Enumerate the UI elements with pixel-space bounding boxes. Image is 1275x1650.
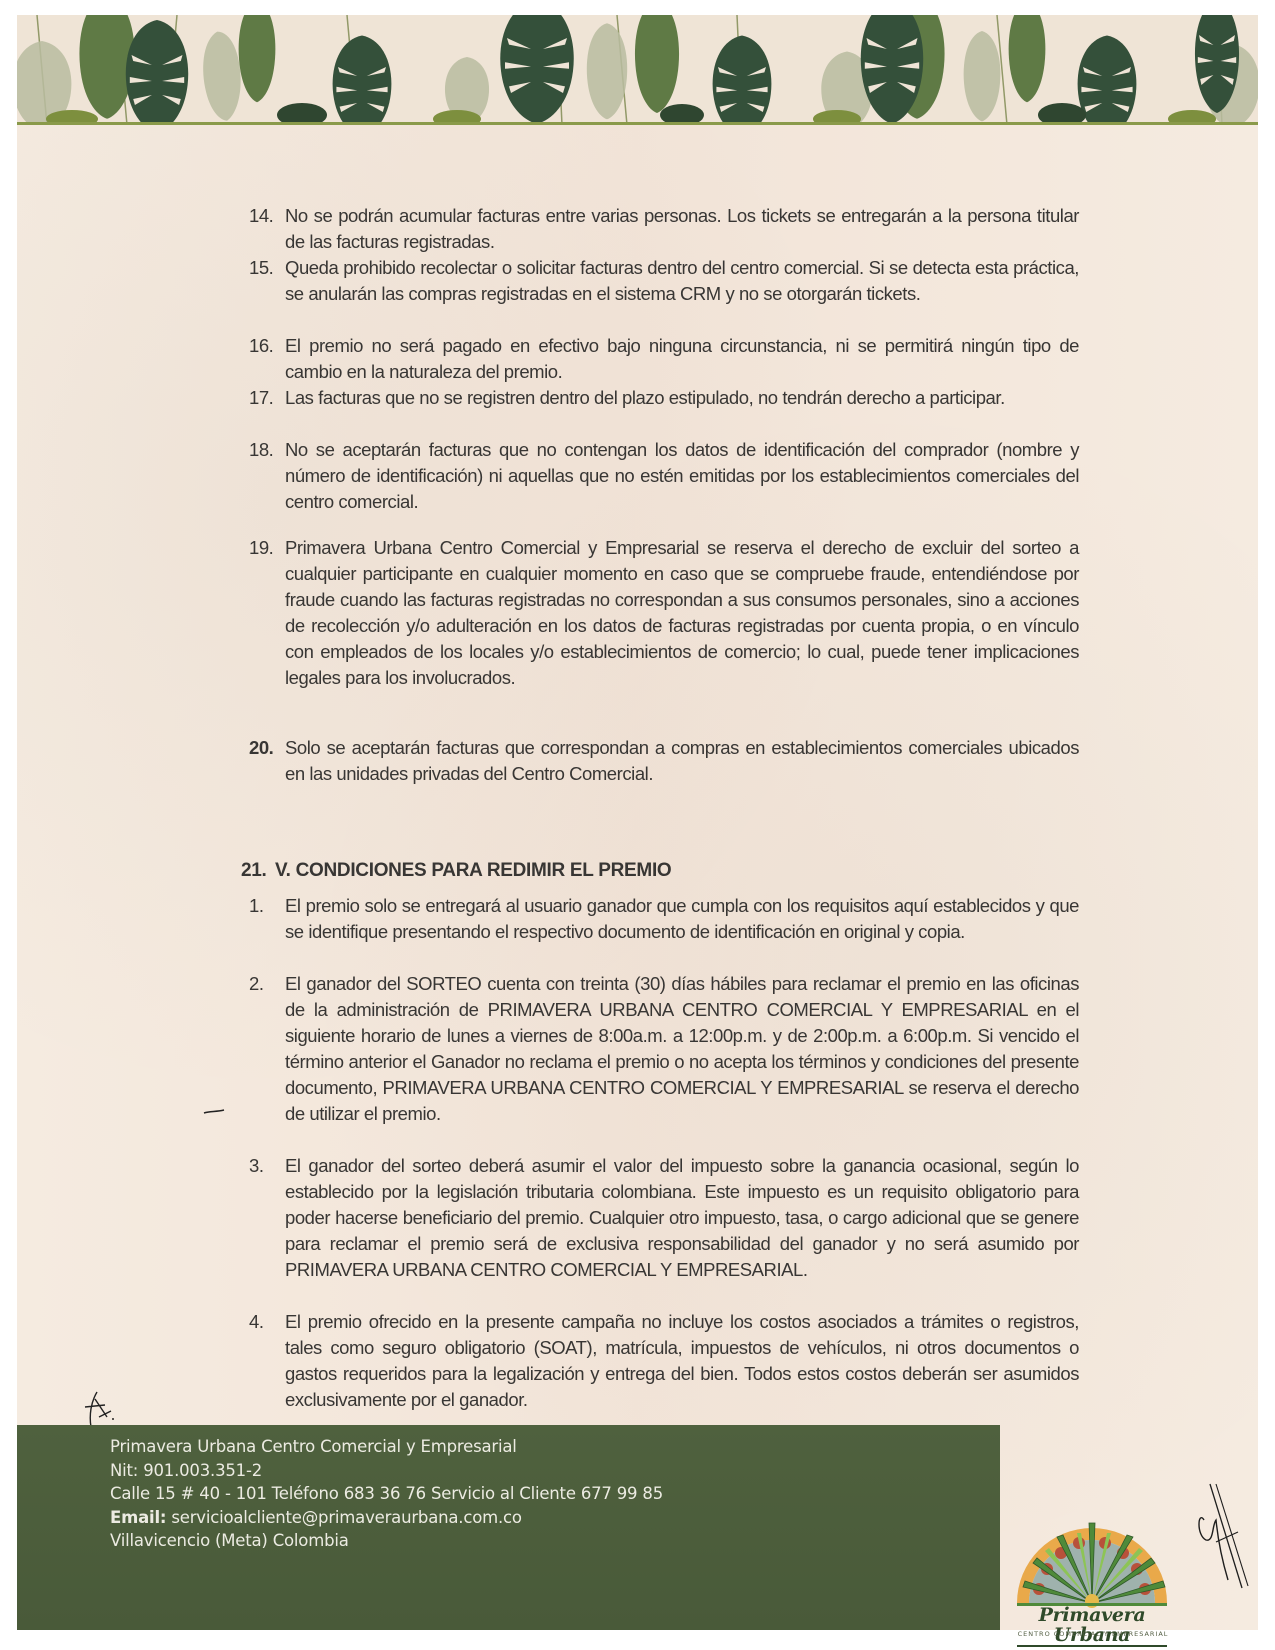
document-page: 14. No se podrán acumular facturas entre… (17, 15, 1258, 1630)
item-number: 20. (249, 735, 285, 761)
item-text: No se podrán acumular facturas entre var… (285, 203, 1079, 255)
item-number: 3. (249, 1153, 285, 1179)
item-number: 17. (249, 385, 285, 411)
list-item: 15. Queda prohibido recolectar o solicit… (249, 255, 1079, 307)
footer-contact-info: Primavera Urbana Centro Comercial y Empr… (110, 1435, 663, 1553)
list-item: 14. No se podrán acumular facturas entre… (249, 203, 1079, 255)
footer-email-label: Email: (110, 1508, 166, 1527)
document-body: 14. No se podrán acumular facturas entre… (17, 15, 1258, 1630)
item-number: 16. (249, 333, 285, 359)
item-number: 19. (249, 535, 285, 561)
pen-tick-mark (202, 1107, 232, 1117)
item-text: El premio no será pagado en efectivo baj… (285, 333, 1079, 385)
footer-address-phone: Calle 15 # 40 - 101 Teléfono 683 36 76 S… (110, 1482, 663, 1506)
list-item: 20. Solo se aceptarán facturas que corre… (249, 735, 1079, 787)
item-text: No se aceptarán facturas que no contenga… (285, 437, 1079, 515)
list-item: 3. El ganador del sorteo deberá asumir e… (249, 1153, 1079, 1283)
section-title: V. CONDICIONES PARA REDIMIR EL PREMIO (275, 860, 671, 881)
section-number: 21. (241, 858, 275, 884)
list-item: 18. No se aceptarán facturas que no cont… (249, 437, 1079, 515)
item-number: 4. (249, 1309, 285, 1335)
list-item: 1. El premio solo se entregará al usuari… (249, 893, 1079, 945)
list-item: 16. El premio no será pagado en efectivo… (249, 333, 1079, 385)
list-item: 17. Las facturas que no se registren den… (249, 385, 1079, 411)
footer-email-link[interactable]: servicioalcliente@primaveraurbana.com.co (171, 1508, 521, 1527)
handwritten-signature (1192, 1480, 1252, 1595)
item-text: El ganador del SORTEO cuenta con treinta… (285, 971, 1079, 1127)
footer-nit: Nit: 901.003.351-2 (110, 1459, 663, 1483)
item-text: Las facturas que no se registren dentro … (285, 385, 1079, 411)
section-heading: 21.V. CONDICIONES PARA REDIMIR EL PREMIO (241, 858, 671, 884)
item-number: 2. (249, 971, 285, 997)
list-item: 4. El premio ofrecido en la presente cam… (249, 1309, 1079, 1413)
item-text: El premio solo se entregará al usuario g… (285, 893, 1079, 945)
logo-wordmark: Primavera Urbana (1017, 1605, 1167, 1647)
logo-subtitle: CENTRO COMERCIAL Y EMPRESARIAL (1013, 1630, 1173, 1638)
item-text: El premio ofrecido en la presente campañ… (285, 1309, 1079, 1413)
item-text: Solo se aceptarán facturas que correspon… (285, 735, 1079, 787)
item-text: Queda prohibido recolectar o solicitar f… (285, 255, 1079, 307)
footer-city: Villavicencio (Meta) Colombia (110, 1529, 663, 1553)
item-number: 18. (249, 437, 285, 463)
item-text: El ganador del sorteo deberá asumir el v… (285, 1153, 1079, 1283)
footer-contact-band: Primavera Urbana Centro Comercial y Empr… (17, 1425, 1000, 1630)
item-text: Primavera Urbana Centro Comercial y Empr… (285, 535, 1079, 691)
item-number: 14. (249, 203, 285, 229)
list-item: 2. El ganador del SORTEO cuenta con trei… (249, 971, 1079, 1127)
item-number: 1. (249, 893, 285, 919)
item-number: 15. (249, 255, 285, 281)
list-item: 19. Primavera Urbana Centro Comercial y … (249, 535, 1079, 691)
footer-email-row: Email: servicioalcliente@primaveraurbana… (110, 1506, 663, 1530)
footer-company-name: Primavera Urbana Centro Comercial y Empr… (110, 1435, 663, 1459)
